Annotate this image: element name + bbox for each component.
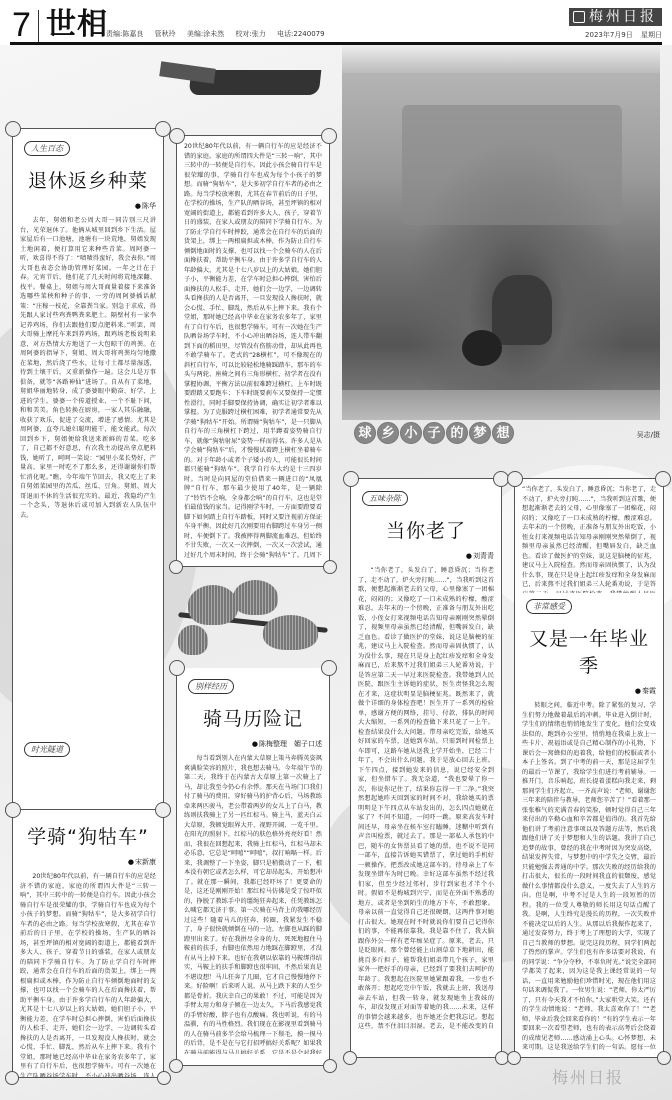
masthead-divider <box>38 10 39 42</box>
leaf-cluster <box>233 580 278 615</box>
article-byline: 刘青青 <box>358 551 494 561</box>
credit-phone: 电话:2240079 <box>277 30 325 38</box>
photo-ball <box>462 330 502 366</box>
issue-date: 2023年7月9日 星期日 <box>579 30 662 40</box>
article-byline: 秦霞 <box>522 686 656 696</box>
photo-title-char: 想 <box>492 422 514 444</box>
article-title: 又是一年毕业季 <box>522 624 656 678</box>
article-body: 转眼之间，临近中考。除了紧张的复习，学生们努力地做着最后的冲刺。毕业进入倒计时，… <box>522 701 656 1053</box>
weekday: 星期日 <box>641 31 662 39</box>
column-label-part: 非常 <box>533 602 549 611</box>
card-corner <box>169 1059 183 1073</box>
column-label: 非常感受 <box>526 599 572 614</box>
article-old-continued: “当你老了，头发白了，睡意昏沉；当你老了，走不动了，炉火旁打盹……”，当我听到这… <box>522 485 656 593</box>
column-label-part: 经历 <box>211 682 227 691</box>
photo-credit: 吴志/摄 <box>637 430 660 440</box>
column-label: 人生百态 <box>24 141 70 156</box>
card-corner <box>323 560 337 574</box>
photo-title-char: 子 <box>423 422 445 444</box>
article-body: 20世纪80年代以前，有一辆自行车的应是经济不错的家庭。家庭的所谓四大件是“三转… <box>20 872 156 1077</box>
card-corner <box>323 1059 337 1073</box>
article-body: “当你老了，头发白了，睡意昏沉；当你老了，走不动了，炉火旁打盹……”，当我听到这… <box>358 566 494 1031</box>
leaf-cluster <box>263 615 318 650</box>
editor-credits: 责编:陈嘉良 管秋玲 美编:涂未然 校对:张力 电话:2240079 <box>106 29 334 39</box>
section-title: 世相 <box>46 9 108 41</box>
photo-wall <box>402 105 622 225</box>
article-graduate: “当你老了，头发白了，睡意昏沉；当你老了，走不动了，炉火旁打盹……”，当我听到这… <box>514 478 664 1058</box>
leaf-cluster <box>178 625 208 655</box>
column-label-part: 感受 <box>549 602 565 611</box>
card-corner <box>157 1071 171 1085</box>
card-corner <box>657 1051 671 1065</box>
photo-title-char: 小 <box>400 422 422 444</box>
article-horse: 别样经历 骑马历险记 陈梅整理 媚子口述 每当看到别人在内蒙大草原上策马奔腾英姿… <box>176 668 330 1066</box>
logo-book-icon <box>573 11 585 23</box>
article-byline: 宋新康 <box>20 857 156 867</box>
newspaper-logo: 梅州日报 <box>569 8 662 26</box>
article-old-tail: “当你老了，头发白了，睡意昏沉；当你老了，走不动了，炉火旁打盹……”，当我听到这… <box>522 486 656 593</box>
article-body: 每当看到别人在内蒙大草原上策马奔腾英姿飒爽满脸笑容的照片，我也想去骑马。今年端午… <box>184 754 322 1054</box>
column-label-part: 时光 <box>31 745 47 754</box>
photo-ground-step <box>342 390 660 420</box>
watermark: 梅州日报 <box>552 1065 624 1088</box>
article-body: 去年，舅姐和老公周大哥一同告别三尺讲台，光荣退休了。他俩从城里回到乡下生活。屋家… <box>20 216 156 736</box>
column-label-part: 五味 <box>369 494 385 503</box>
credit-proofreader: 校对:张力 <box>235 30 265 38</box>
leaf-cluster <box>188 585 238 625</box>
card-corner <box>5 1071 19 1085</box>
article-retire: 人生百态 退休返乡种菜 陈华 去年，舅姐和老公周大哥一同告别三尺讲台，光荣退休了… <box>12 128 164 810</box>
column-label: 五味杂陈 <box>362 491 408 506</box>
column-label-part: 隧道 <box>47 745 63 754</box>
date: 2023年7月9日 <box>585 31 633 39</box>
article-title: 骑马历险记 <box>184 704 322 731</box>
photo-roofline <box>342 45 660 73</box>
credit-coeditor: 管秋玲 <box>155 30 176 38</box>
article-title: 学骑“狗牯车” <box>20 822 156 849</box>
photo-title-char: 乡 <box>377 422 399 444</box>
article-old: 五味杂陈 当你老了 刘青青 “当你老了，头发白了，睡意昏沉；当你老了，走不动了，… <box>350 478 502 1058</box>
photo-boy <box>492 275 552 345</box>
column-label-part: 别样 <box>195 682 211 691</box>
feature-photo <box>342 45 660 420</box>
article-body-continued: 20世纪80年代以前，有一辆自行车的应是经济不错的家庭。家庭的所谓四大件是“三转… <box>184 142 322 560</box>
page-number: 7 <box>12 8 31 42</box>
article-byline: 陈华 <box>20 201 156 211</box>
article-byline: 陈梅整理 媚子口述 <box>184 739 322 749</box>
column-label: 时光隧道 <box>24 742 70 757</box>
article-title: 当你老了 <box>358 516 494 543</box>
newspaper-name: 梅州日报 <box>589 9 657 25</box>
column-label: 别样经历 <box>188 679 234 694</box>
article-dogbike: 学骑“狗牯车” 宋新康 20世纪80年代以前，有一辆自行车的应是经济不错的家庭。… <box>12 810 164 1078</box>
page-masthead: 7 世相 责编:陈嘉良 管秋玲 美编:涂未然 校对:张力 电话:2240079 … <box>0 0 672 44</box>
card-corner <box>343 1051 357 1065</box>
tree-branch-illustration <box>178 580 330 668</box>
column-label-part: 人生 <box>31 144 47 153</box>
credit-editor: 责编:陈嘉良 <box>106 30 143 38</box>
photo-title-char: 梦 <box>469 422 491 444</box>
card-corner <box>507 1051 521 1065</box>
article-title: 退休返乡种菜 <box>20 166 156 193</box>
roof-tile <box>159 61 216 84</box>
credit-designer: 美编:涂未然 <box>187 30 224 38</box>
card-corner <box>169 560 183 574</box>
photo-title: 球 乡 小 子 的 梦 想 <box>354 422 514 444</box>
article-dogbike-continued: 20世纪80年代以前，有一辆自行车的应是经济不错的家庭。家庭的所谓四大件是“三转… <box>176 135 330 567</box>
column-label-part: 杂陈 <box>385 494 401 503</box>
photo-caption: 球 乡 小 子 的 梦 想 吴志/摄 <box>342 422 660 452</box>
photo-title-char: 的 <box>446 422 468 444</box>
photo-title-char: 球 <box>354 422 376 444</box>
column-label-part: 百态 <box>47 144 63 153</box>
